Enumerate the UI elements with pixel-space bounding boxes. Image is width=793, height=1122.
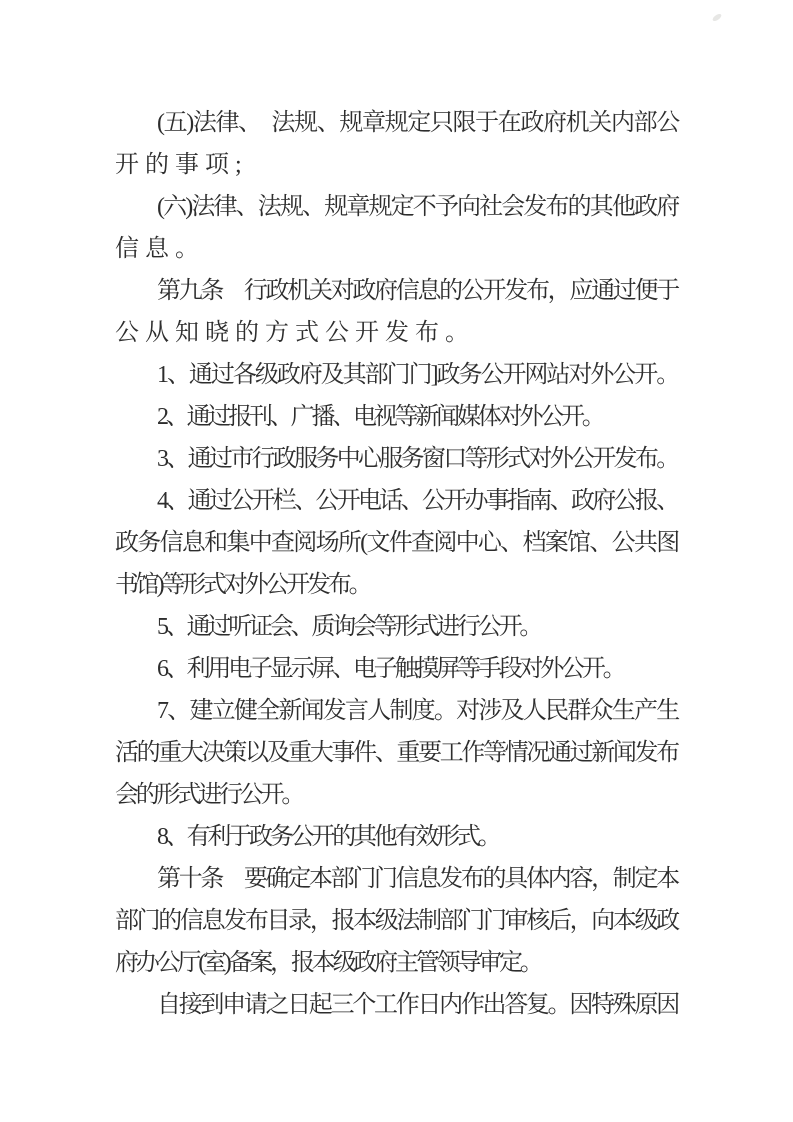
text-line: 5、通过听证会、质询会等形式进行公开。 bbox=[115, 606, 677, 648]
text-line: 活的重大决策以及重大事件、重要工作等情况通过新闻发布 bbox=[115, 732, 677, 774]
text-line: 1、通过各级政府及其部门门]政务公开网站对外公开。 bbox=[115, 354, 677, 396]
text-line: 开的事项; bbox=[115, 144, 677, 186]
text-line: 8、有利于政务公开的其他有效形式。 bbox=[115, 816, 677, 858]
text-line: 部门的信息发布目录，报本级法制部门门审核后，向本级政 bbox=[115, 900, 677, 942]
text-line: 信息。 bbox=[115, 228, 677, 270]
text-line: 府办公厅(室)备案，报本级政府主管领导审定。 bbox=[115, 942, 677, 984]
text-line: 第九条 行政机关对政府信息的公开发布，应通过便于 bbox=[115, 270, 677, 312]
text-line: (六)法律、法规、规章规定不予向社会发布的其他政府 bbox=[115, 186, 677, 228]
document-page: (五)法律、 法规、规章规定只限于在政府机关内部公开的事项;(六)法律、法规、规… bbox=[0, 0, 793, 1122]
document-body: (五)法律、 法规、规章规定只限于在政府机关内部公开的事项;(六)法律、法规、规… bbox=[115, 102, 677, 1026]
text-line: 3、通过市行政服务中心服务窗口等形式对外公开发布。 bbox=[115, 438, 677, 480]
text-line: 自接到申请之日起三个工作日内作出答复。因特殊原因 bbox=[115, 984, 677, 1026]
text-line: 书馆)等形式对外公开发布。 bbox=[115, 564, 677, 606]
text-line: 4、通过公开栏、公开电话、公开办事指南、政府公报、 bbox=[115, 480, 677, 522]
text-line: 6、利用电子显示屏、电子触摸屏等手段对外公开。 bbox=[115, 648, 677, 690]
text-line: 7、建立健全新闻发言人制度。对涉及人民群众生产生 bbox=[115, 690, 677, 732]
text-line: 2、通过报刊、广播、电视等新闻媒体对外公开。 bbox=[115, 396, 677, 438]
text-line: 公从知晓的方式公开发布。 bbox=[115, 312, 677, 354]
text-line: 第十条 要确定本部门门信息发布的具体内容，制定本 bbox=[115, 858, 677, 900]
scan-artifact bbox=[711, 13, 722, 23]
text-line: 会的形式进行公开。 bbox=[115, 774, 677, 816]
text-line: (五)法律、 法规、规章规定只限于在政府机关内部公 bbox=[115, 102, 677, 144]
text-line: 政务信息和集中查阅场所(文件查阅中心、档案馆、公共图 bbox=[115, 522, 677, 564]
